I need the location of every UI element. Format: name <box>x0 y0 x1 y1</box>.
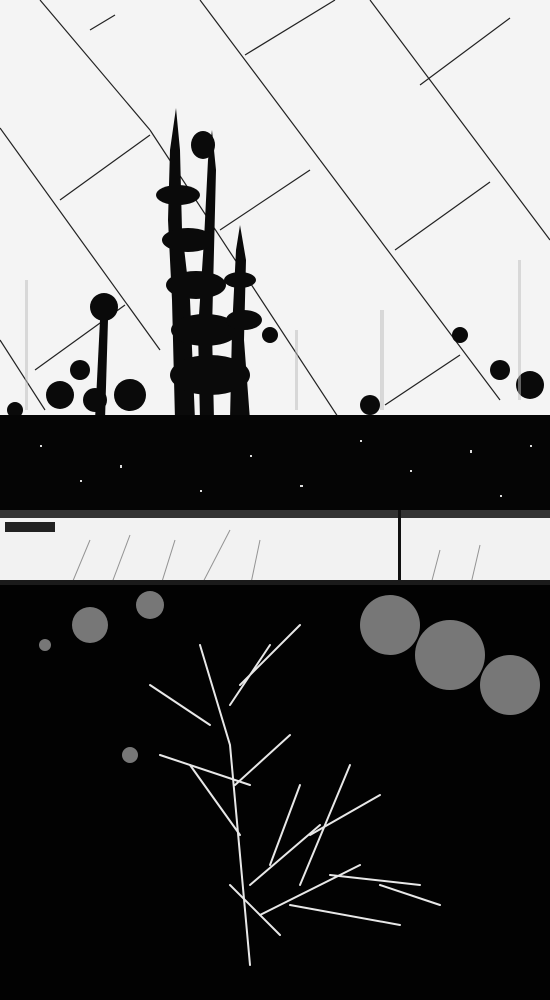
ground-foliage <box>0 585 550 1000</box>
dark-hedge <box>0 415 550 515</box>
bright-leaves <box>0 585 550 1000</box>
concrete-curb <box>0 510 550 588</box>
hedge-specks <box>0 415 550 515</box>
photograph <box>0 0 550 1000</box>
curb-texture <box>0 510 550 588</box>
tiled-wall <box>0 0 550 420</box>
plant-shadows <box>7 108 544 420</box>
tile-lines <box>0 0 550 420</box>
